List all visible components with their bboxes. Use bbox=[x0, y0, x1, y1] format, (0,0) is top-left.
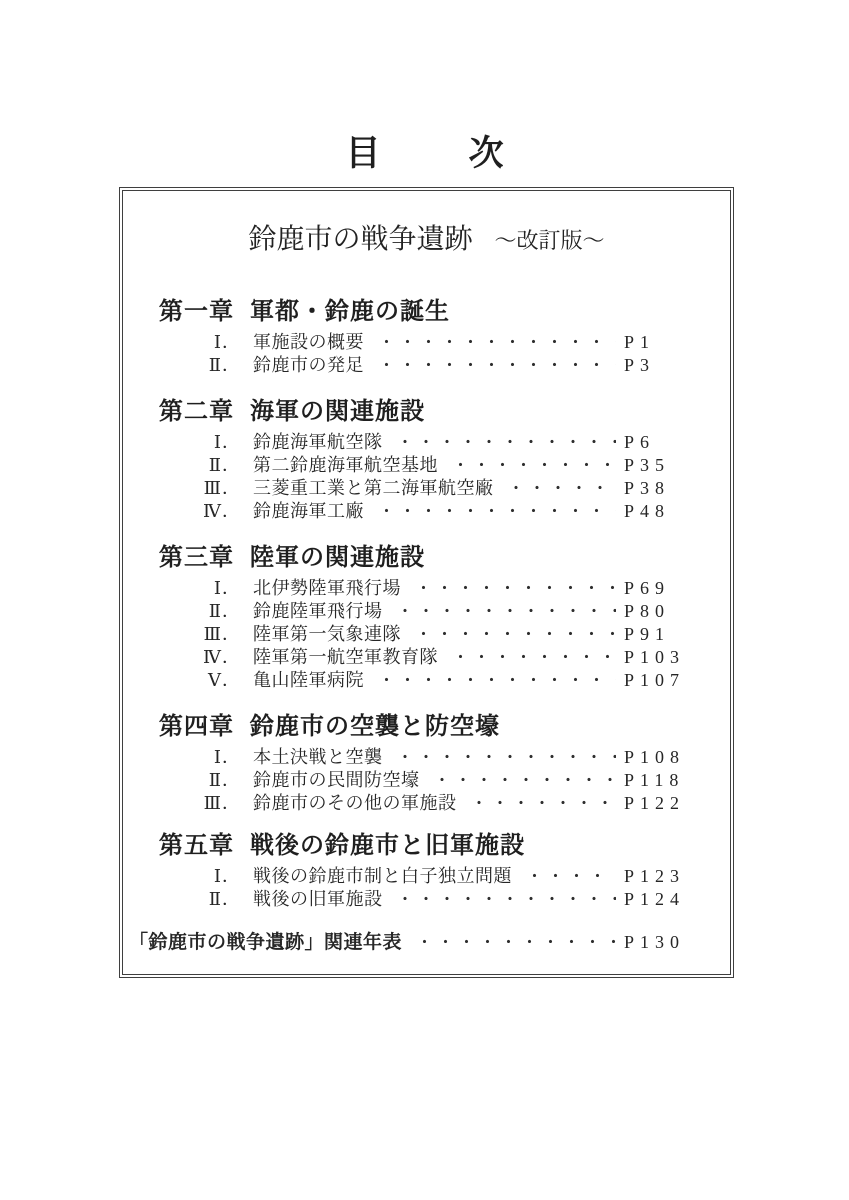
toc-item-row: Ⅱ． 鈴鹿市の発足 ・・・・・・・・・・・・・ P3 bbox=[123, 354, 730, 377]
toc-item-row: Ⅰ． 本土決戦と空襲 ・・・・・・・・・・・ P108 bbox=[123, 746, 730, 769]
chapter-label: 第五章 bbox=[159, 833, 234, 859]
item-numeral: Ⅰ． bbox=[189, 746, 241, 769]
item-title: 三菱重工業と第二海軍航空廠 bbox=[253, 477, 494, 500]
item-page-number: P124 bbox=[624, 888, 704, 911]
dot-leader: ・・・・・・ bbox=[526, 865, 616, 888]
toc-item-row: Ⅰ． 鈴鹿海軍航空隊 ・・・・・・・・・・・・・ P6 bbox=[123, 431, 730, 454]
item-numeral: Ⅳ． bbox=[189, 646, 241, 669]
item-numeral: Ⅰ． bbox=[189, 331, 241, 354]
dot-leader: ・・・・・・・・・・・・・ bbox=[415, 623, 616, 646]
item-page-number: P123 bbox=[624, 865, 704, 888]
chapter-2-heading: 第二章海軍の関連施設 bbox=[123, 397, 730, 427]
item-page-number: P91 bbox=[624, 623, 704, 646]
toc-item-row: Ⅱ． 鈴鹿陸軍飛行場 ・・・・・・・・・・・・・ P80 bbox=[123, 600, 730, 623]
item-numeral: Ⅱ． bbox=[189, 888, 241, 911]
dot-leader: ・・・・・・・・・・・・・ bbox=[378, 500, 616, 523]
toc-item-row: Ⅰ． 戦後の鈴鹿市制と白子独立問題 ・・・・・・ P123 bbox=[123, 865, 730, 888]
item-page-number: P6 bbox=[624, 431, 704, 454]
item-title: 鈴鹿海軍航空隊 bbox=[253, 431, 383, 454]
item-title: 第二鈴鹿海軍航空基地 bbox=[253, 454, 438, 477]
chapter-title: 戦後の鈴鹿市と旧軍施設 bbox=[250, 833, 525, 859]
page-title-char-right: 次 bbox=[469, 134, 504, 174]
chapter-title: 鈴鹿市の空襲と防空壕 bbox=[250, 714, 500, 740]
chapter-title: 海軍の関連施設 bbox=[250, 399, 425, 425]
item-page-number: P122 bbox=[624, 792, 704, 815]
item-numeral: Ⅱ． bbox=[189, 454, 241, 477]
toc-item-row: Ⅲ． 陸軍第一気象連隊 ・・・・・・・・・・・・・ P91 bbox=[123, 623, 730, 646]
item-page-number: P48 bbox=[624, 500, 704, 523]
toc-item-row: Ⅰ． 北伊勢陸軍飛行場 ・・・・・・・・・・・・・ P69 bbox=[123, 577, 730, 600]
toc-page: 目 次 鈴鹿市の戦争遺跡～改訂版～ 第一章軍都・鈴鹿の誕生 Ⅰ． 軍施設の概要 … bbox=[0, 0, 849, 1200]
item-title: 本土決戦と空襲 bbox=[253, 746, 383, 769]
dot-leader: ・・・・・・・・・・・ bbox=[397, 746, 617, 769]
item-title: 鈴鹿陸軍飛行場 bbox=[253, 600, 383, 623]
dot-leader: ・・・・・・・・ bbox=[508, 477, 617, 500]
item-title: 戦後の鈴鹿市制と白子独立問題 bbox=[253, 865, 512, 888]
dot-leader: ・・・・・・・・・・・ bbox=[452, 454, 616, 477]
item-page-number: P38 bbox=[624, 477, 704, 500]
dot-leader: ・・・・・・・・・・・・・ bbox=[397, 431, 617, 454]
item-title: 北伊勢陸軍飛行場 bbox=[253, 577, 401, 600]
dot-leader: ・・・・・・・・・・・・・ bbox=[378, 331, 616, 354]
chapter-label: 第一章 bbox=[159, 299, 234, 325]
item-numeral: Ⅱ． bbox=[189, 354, 241, 377]
item-title: 亀山陸軍病院 bbox=[253, 669, 364, 692]
dot-leader: ・・・・・・・・・・・ bbox=[452, 646, 616, 669]
chapter-4-heading: 第四章鈴鹿市の空襲と防空壕 bbox=[123, 712, 730, 742]
chapter-5-heading: 第五章戦後の鈴鹿市と旧軍施設 bbox=[123, 831, 730, 861]
toc-item-row: Ⅱ． 戦後の旧軍施設 ・・・・・・・・・・・・ P124 bbox=[123, 888, 730, 911]
chapter-title: 軍都・鈴鹿の誕生 bbox=[250, 299, 450, 325]
item-title: 鈴鹿市の発足 bbox=[253, 354, 364, 377]
item-numeral: Ⅲ． bbox=[189, 623, 241, 646]
toc-item-row: Ⅱ． 第二鈴鹿海軍航空基地 ・・・・・・・・・・・ P35 bbox=[123, 454, 730, 477]
toc-item-row: Ⅳ． 鈴鹿海軍工廠 ・・・・・・・・・・・・・ P48 bbox=[123, 500, 730, 523]
item-title: 鈴鹿海軍工廠 bbox=[253, 500, 364, 523]
chapter-5: 第五章戦後の鈴鹿市と旧軍施設 Ⅰ． 戦後の鈴鹿市制と白子独立問題 ・・・・・・ … bbox=[123, 831, 730, 911]
item-numeral: Ⅲ． bbox=[189, 477, 241, 500]
toc-item-row: Ⅱ． 鈴鹿市の民間防空壕 ・・・・・・・・・・・ P118 bbox=[123, 769, 730, 792]
page-title-char-left: 目 bbox=[345, 134, 380, 174]
item-numeral: Ⅰ． bbox=[189, 865, 241, 888]
item-page-number: P108 bbox=[624, 746, 704, 769]
item-numeral: Ⅴ． bbox=[189, 669, 241, 692]
toc-inner-border: 鈴鹿市の戦争遺跡～改訂版～ 第一章軍都・鈴鹿の誕生 Ⅰ． 軍施設の概要 ・・・・… bbox=[122, 190, 731, 975]
document-title: 鈴鹿市の戦争遺跡～改訂版～ bbox=[123, 222, 730, 259]
dot-leader: ・・・・・・・・・・・・・ bbox=[378, 354, 616, 377]
item-page-number: P103 bbox=[624, 646, 704, 669]
chapter-3: 第三章陸軍の関連施設 Ⅰ． 北伊勢陸軍飛行場 ・・・・・・・・・・・・・ P69… bbox=[123, 543, 730, 692]
item-page-number: P107 bbox=[624, 669, 704, 692]
chapter-1: 第一章軍都・鈴鹿の誕生 Ⅰ． 軍施設の概要 ・・・・・・・・・・・・・ P1 Ⅱ… bbox=[123, 297, 730, 377]
item-title: 鈴鹿市のその他の軍施設 bbox=[253, 792, 457, 815]
document-edition-text: ～改訂版～ bbox=[495, 228, 605, 253]
item-page-number: P69 bbox=[624, 577, 704, 600]
item-numeral: Ⅱ． bbox=[189, 769, 241, 792]
dot-leader: ・・・・・・・・・・・ bbox=[416, 930, 616, 955]
dot-leader: ・・・・・・・・・・・・・ bbox=[415, 577, 616, 600]
chapter-label: 第三章 bbox=[159, 545, 234, 571]
appendix-row: 「鈴鹿市の戦争遺跡」関連年表 ・・・・・・・・・・・ P130 bbox=[123, 930, 730, 955]
dot-leader: ・・・・・・・・・・・ bbox=[434, 769, 617, 792]
item-page-number: P80 bbox=[624, 600, 704, 623]
item-numeral: Ⅰ． bbox=[189, 577, 241, 600]
toc-item-row: Ⅰ． 軍施設の概要 ・・・・・・・・・・・・・ P1 bbox=[123, 331, 730, 354]
item-page-number: P35 bbox=[624, 454, 704, 477]
item-numeral: Ⅳ． bbox=[189, 500, 241, 523]
chapter-label: 第四章 bbox=[159, 714, 234, 740]
chapter-title: 陸軍の関連施設 bbox=[250, 545, 425, 571]
toc-outer-border: 鈴鹿市の戦争遺跡～改訂版～ 第一章軍都・鈴鹿の誕生 Ⅰ． 軍施設の概要 ・・・・… bbox=[119, 187, 734, 978]
item-page-number: P130 bbox=[624, 930, 704, 955]
item-page-number: P3 bbox=[624, 354, 704, 377]
item-title: 戦後の旧軍施設 bbox=[253, 888, 383, 911]
toc-item-row: Ⅲ． 鈴鹿市のその他の軍施設 ・・・・・・・・・ P122 bbox=[123, 792, 730, 815]
chapter-4: 第四章鈴鹿市の空襲と防空壕 Ⅰ． 本土決戦と空襲 ・・・・・・・・・・・ P10… bbox=[123, 712, 730, 815]
item-title: 軍施設の概要 bbox=[253, 331, 364, 354]
item-title: 陸軍第一航空軍教育隊 bbox=[253, 646, 438, 669]
chapter-label: 第二章 bbox=[159, 399, 234, 425]
toc-item-row: Ⅲ． 三菱重工業と第二海軍航空廠 ・・・・・・・・ P38 bbox=[123, 477, 730, 500]
appendix-title: 「鈴鹿市の戦争遺跡」関連年表 bbox=[129, 930, 402, 955]
dot-leader: ・・・・・・・・・ bbox=[471, 792, 617, 815]
item-numeral: Ⅲ． bbox=[189, 792, 241, 815]
item-numeral: Ⅱ． bbox=[189, 600, 241, 623]
document-title-text: 鈴鹿市の戦争遺跡 bbox=[248, 224, 472, 255]
dot-leader: ・・・・・・・・・・・・・ bbox=[397, 600, 617, 623]
toc-item-row: Ⅳ． 陸軍第一航空軍教育隊 ・・・・・・・・・・・ P103 bbox=[123, 646, 730, 669]
toc-item-row: Ⅴ． 亀山陸軍病院 ・・・・・・・・・・・・・ P107 bbox=[123, 669, 730, 692]
item-page-number: P1 bbox=[624, 331, 704, 354]
chapter-3-heading: 第三章陸軍の関連施設 bbox=[123, 543, 730, 573]
page-title: 目 次 bbox=[0, 134, 849, 174]
item-page-number: P118 bbox=[624, 769, 704, 792]
item-numeral: Ⅰ． bbox=[189, 431, 241, 454]
chapter-1-heading: 第一章軍都・鈴鹿の誕生 bbox=[123, 297, 730, 327]
chapter-2: 第二章海軍の関連施設 Ⅰ． 鈴鹿海軍航空隊 ・・・・・・・・・・・・・ P6 Ⅱ… bbox=[123, 397, 730, 523]
dot-leader: ・・・・・・・・・・・・ bbox=[397, 888, 617, 911]
item-title: 陸軍第一気象連隊 bbox=[253, 623, 401, 646]
item-title: 鈴鹿市の民間防空壕 bbox=[253, 769, 420, 792]
dot-leader: ・・・・・・・・・・・・・ bbox=[378, 669, 616, 692]
